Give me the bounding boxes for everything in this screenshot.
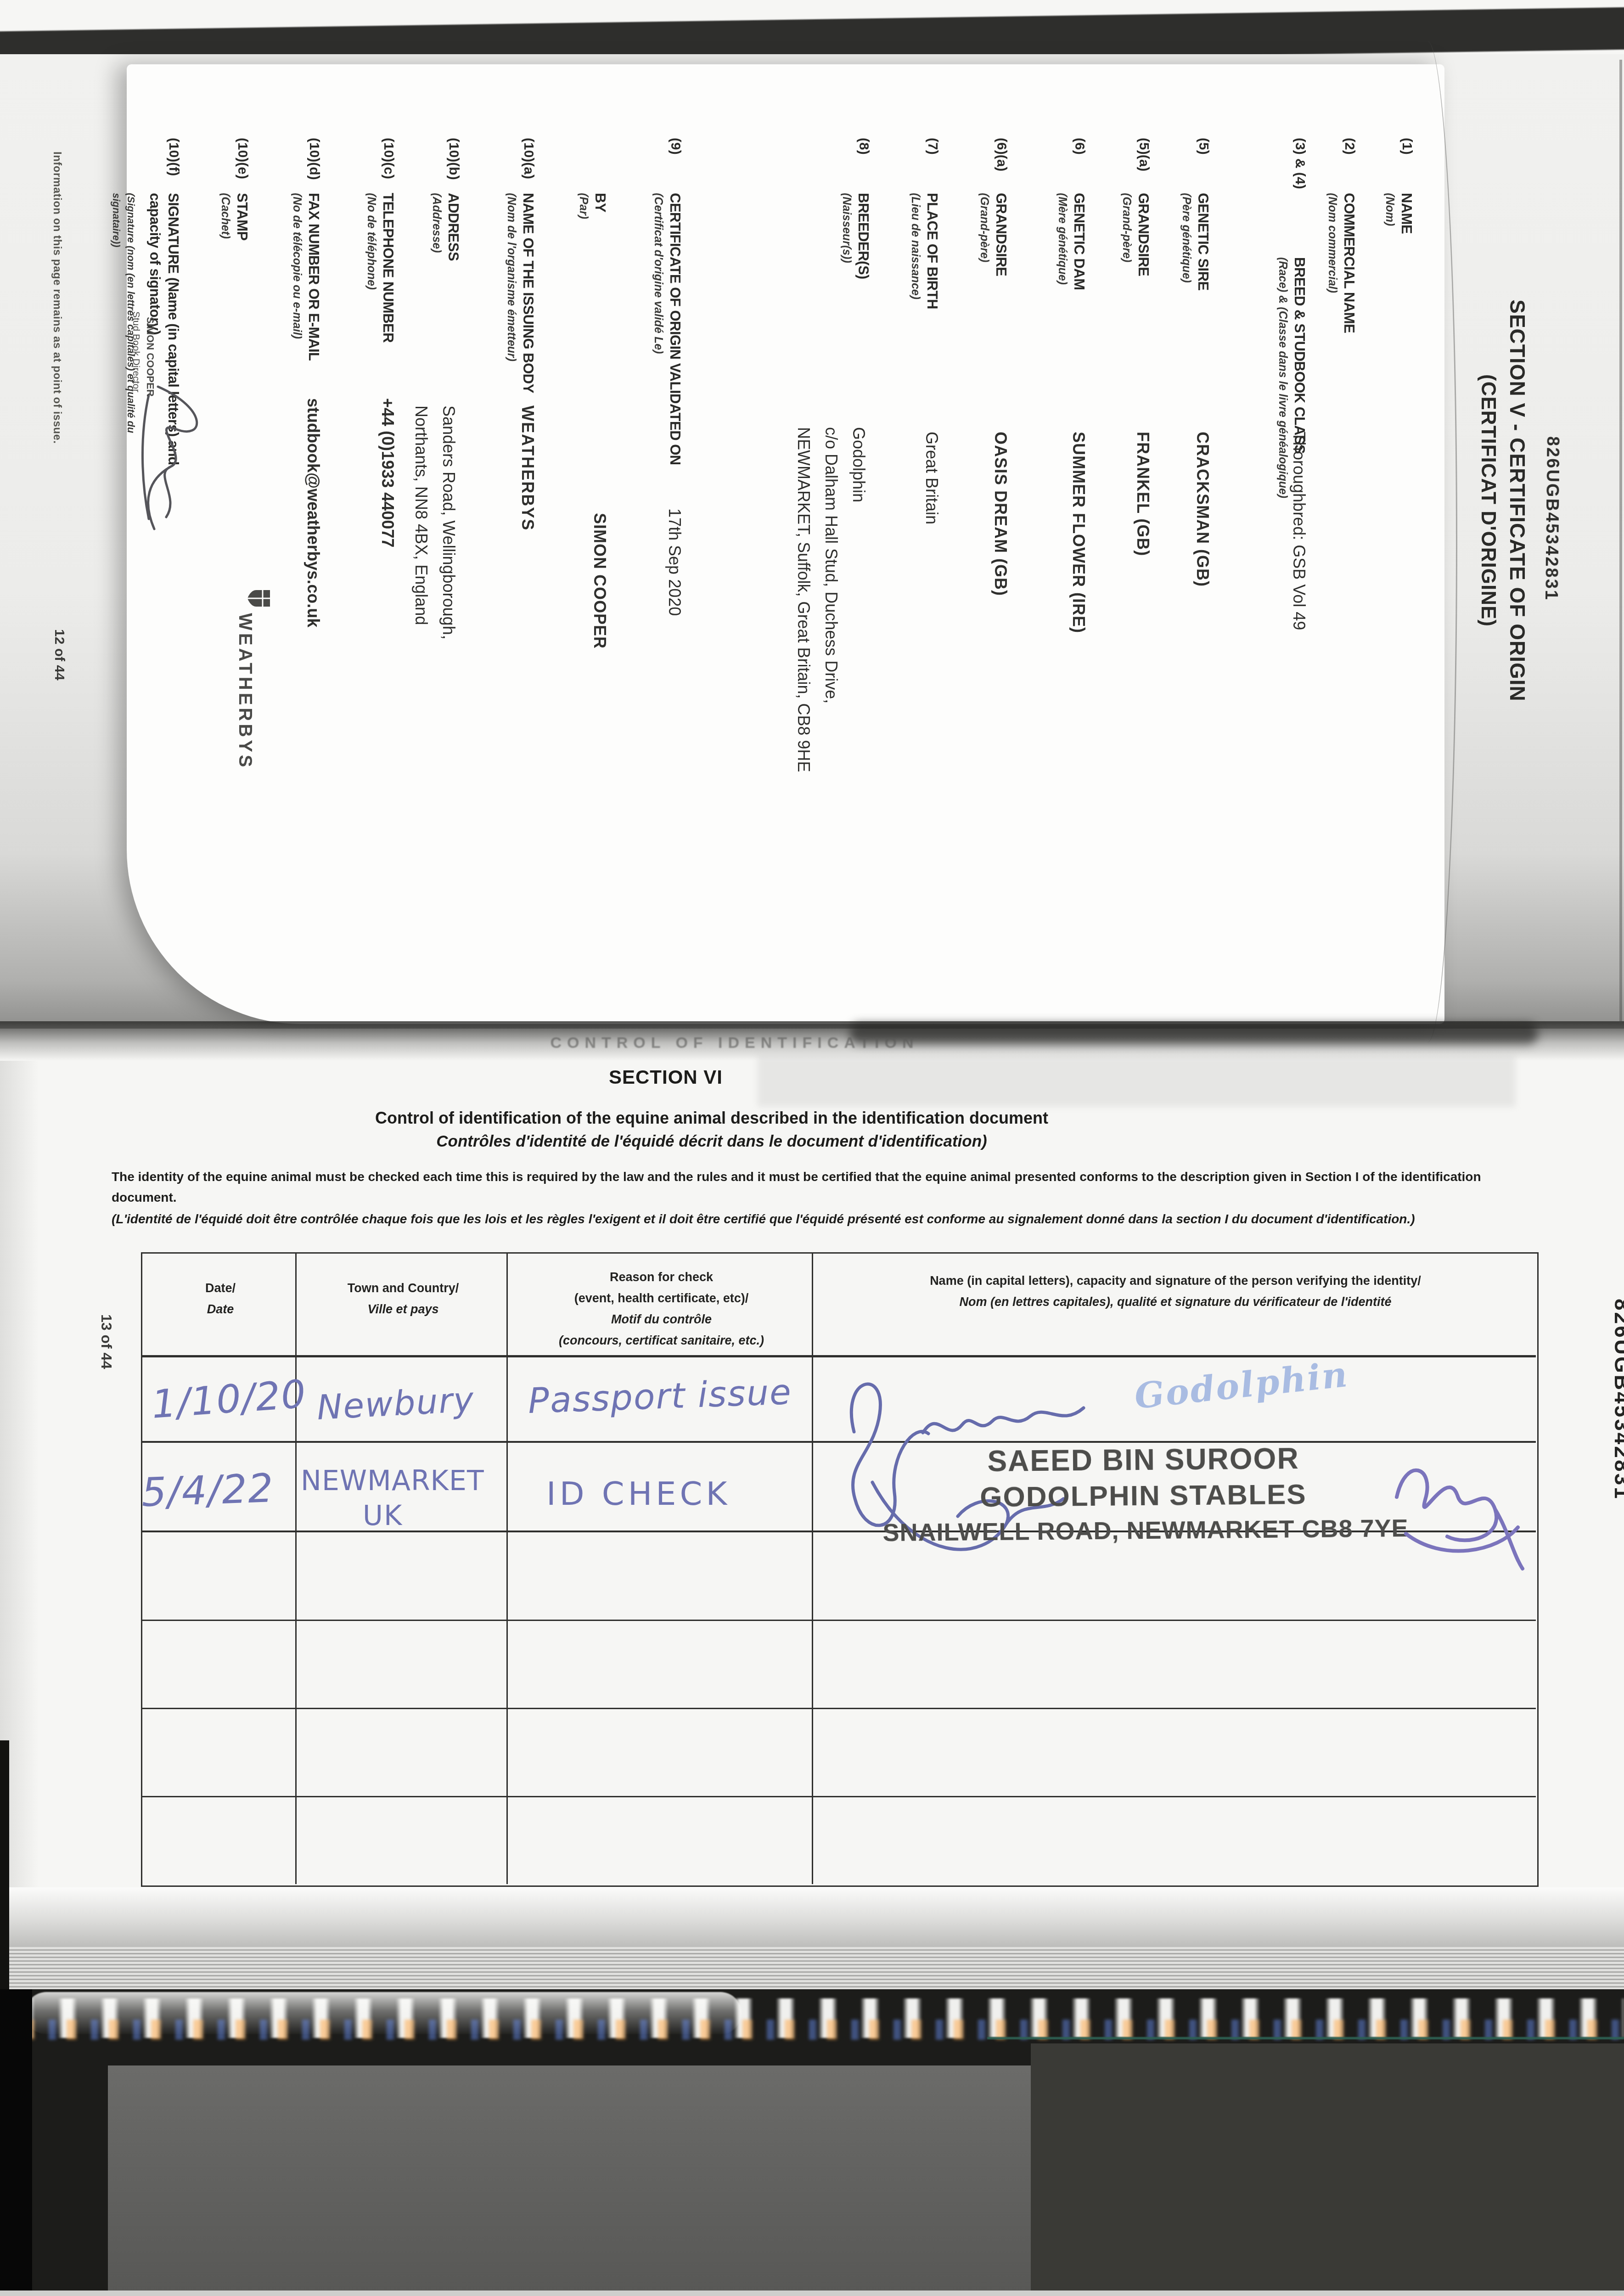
field-number: (6)(a) bbox=[994, 138, 1009, 171]
page-number-13: 13 of 44 bbox=[98, 1314, 115, 1369]
section5-subtitle: (CERTIFICAT D'ORIGINE) bbox=[1477, 257, 1500, 744]
field-label-fr: (Père génétique) bbox=[1179, 193, 1194, 569]
field-value: Thoroughbred: GSB Vol 49 bbox=[1289, 432, 1309, 630]
check-town-entry: Newbury bbox=[316, 1380, 476, 1428]
field-value: Godolphin c/o Dalham Hall Stud, Duchess … bbox=[790, 427, 872, 772]
check-reason-entry: ID CHECK bbox=[546, 1475, 731, 1513]
weatherbys-stamp-text: WEATHERBYS bbox=[235, 613, 255, 770]
weatherbys-crest-icon bbox=[244, 588, 272, 609]
column-header-town-country: Town and Country/ Ville et pays bbox=[300, 1277, 506, 1320]
scan-edge-strip bbox=[0, 1740, 9, 1991]
field-label-fr: (No de télécopie ou e-mail) bbox=[290, 193, 304, 569]
certificate-of-origin-page: 826UGB45342831 SECTION V - CERTIFICATE O… bbox=[35, 60, 1624, 1024]
field-number: (6) bbox=[1072, 138, 1087, 155]
section6-heading-fr: Contrôles d'identité de l'équidé décrit … bbox=[0, 1132, 1423, 1151]
field-number: (8) bbox=[856, 138, 871, 155]
table-row-divider bbox=[141, 1708, 1536, 1709]
edge-serial-number: 826UGB45342831 bbox=[1610, 1299, 1624, 1501]
field-value: SIMON COOPER bbox=[590, 513, 609, 649]
field-number: (7) bbox=[925, 138, 940, 155]
table-row-divider bbox=[141, 1620, 1536, 1621]
field-number: (2) bbox=[1342, 138, 1357, 155]
field-value: +44 (0)1933 440077 bbox=[378, 398, 397, 547]
header-line-fr: Date bbox=[207, 1302, 234, 1316]
section5-title: SECTION V - CERTIFICATE OF ORIGIN bbox=[1505, 257, 1530, 744]
scanline-artifact bbox=[0, 1947, 1624, 1990]
field-label-fr: (Nom de l'organisme émetteur) bbox=[504, 193, 519, 569]
section6-heading-en: Control of identification of the equine … bbox=[0, 1109, 1423, 1128]
column-header-reason: Reason for check (event, health certific… bbox=[511, 1266, 812, 1351]
field-number: (10)(d) bbox=[306, 138, 322, 180]
field-label-fr: (Grand-père) bbox=[1119, 193, 1134, 569]
field-value: CRACKSMAN (GB) bbox=[1193, 432, 1212, 587]
passport-serial-number: 826UGB45342831 bbox=[1540, 436, 1562, 675]
table-column-divider bbox=[812, 1252, 813, 1884]
field-value: 17th Sep 2020 bbox=[665, 508, 684, 616]
header-line: Reason for check bbox=[511, 1266, 812, 1288]
breeder-line: c/o Dalham Hall Stud, Duchess Drive, bbox=[817, 427, 845, 772]
column-header-verifier: Name (in capital letters), capacity and … bbox=[822, 1270, 1529, 1312]
table-row-divider bbox=[141, 1796, 1536, 1797]
coil-edge-line bbox=[987, 2037, 1624, 2039]
certificate-paper bbox=[127, 64, 1444, 1024]
header-line-fr: Motif du contrôle bbox=[611, 1312, 712, 1326]
header-line-fr: Nom (en lettres capitales), qualité et s… bbox=[959, 1295, 1391, 1309]
page-number-12: 12 of 44 bbox=[51, 629, 67, 681]
book-cover-dark bbox=[1031, 2043, 1624, 2291]
field-value: FRANKEL (GB) bbox=[1133, 432, 1152, 556]
field-label: COMMERCIAL NAME bbox=[1340, 193, 1358, 487]
check-date-entry: 5/4/22 bbox=[140, 1465, 275, 1516]
field-label-fr: (No de téléphone) bbox=[364, 193, 379, 569]
section6-paragraph-fr: (L'identité de l'équidé doit être contrô… bbox=[112, 1209, 1553, 1229]
field-number: (10)(a) bbox=[521, 138, 536, 179]
issuer-signature-icon bbox=[133, 381, 218, 537]
field-label: NAME bbox=[1397, 193, 1416, 487]
header-line: Date/ bbox=[146, 1277, 295, 1299]
table-column-divider bbox=[506, 1252, 508, 1884]
scan-bottom-edge bbox=[0, 2290, 1624, 2296]
breeder-line: NEWMARKET, Suffolk, Great Britain, CB8 9… bbox=[790, 427, 817, 772]
field-label-fr: (Par) bbox=[576, 193, 591, 569]
field-number: (9) bbox=[668, 138, 683, 155]
field-number: (1) bbox=[1399, 138, 1415, 155]
header-line: Town and Country/ bbox=[300, 1277, 506, 1299]
header-line-fr: Ville et pays bbox=[367, 1302, 438, 1316]
header-line: Name (in capital letters), capacity and … bbox=[822, 1270, 1529, 1291]
page-edge-line bbox=[1619, 60, 1622, 1024]
section6-title: SECTION VI bbox=[0, 1066, 1332, 1088]
table-column-divider bbox=[295, 1252, 297, 1884]
field-label-fr: (Mère génétique) bbox=[1055, 193, 1070, 569]
field-value: studbook@weatherbys.co.uk bbox=[303, 398, 323, 627]
field-label-fr: (Nom) bbox=[1382, 193, 1397, 569]
field-label-fr: (Lieu de naissance) bbox=[908, 193, 923, 569]
field-label-fr: (Grand-père) bbox=[977, 193, 992, 569]
field-value: Sanders Road, Wellingborough, Northants,… bbox=[407, 405, 462, 640]
field-number: (5) bbox=[1196, 138, 1211, 155]
field-value: SUMMER FLOWER (IRE) bbox=[1069, 432, 1088, 633]
signatory-name: SIMON COOPER bbox=[144, 317, 156, 397]
section6-paragraph-en: The identity of the equine animal must b… bbox=[112, 1166, 1526, 1208]
field-number: (10)(b) bbox=[446, 138, 461, 180]
field-label-fr: (Nom commercial) bbox=[1325, 193, 1340, 569]
field-label: STAMP bbox=[233, 193, 251, 487]
field-label: BY bbox=[591, 193, 609, 487]
signatory-capacity: Stud Book Director bbox=[130, 311, 141, 392]
column-header-date: Date/ Date bbox=[146, 1277, 295, 1320]
breeder-line: Godolphin bbox=[845, 427, 872, 772]
header-line: (event, health certificate, etc)/ bbox=[511, 1288, 812, 1309]
field-number: (3) & (4) bbox=[1292, 138, 1308, 189]
field-value: WEATHERBYS bbox=[518, 405, 537, 531]
stables-stamp-line: SNAILWELL ROAD, NEWMARKET CB8 7YE bbox=[824, 1514, 1467, 1548]
field-number: (10)(c) bbox=[381, 138, 396, 179]
field-number: (10)(f) bbox=[166, 138, 181, 176]
page-bottom-shading bbox=[0, 1887, 1624, 1948]
scanned-passport-page: 826UGB45342831 SECTION V - CERTIFICATE O… bbox=[0, 0, 1624, 2296]
book-cover-panel bbox=[108, 2065, 1031, 2291]
header-line-fr: (concours, certificat sanitaire, etc.) bbox=[559, 1334, 764, 1347]
field-value: Great Britain bbox=[922, 432, 941, 524]
stables-stamp-line: SAEED BIN SUROOR bbox=[891, 1441, 1396, 1479]
check-town-entry: NEWMARKET bbox=[301, 1465, 484, 1497]
check-town-entry: UK bbox=[363, 1500, 403, 1532]
address-line: Sanders Road, Wellingborough, bbox=[435, 405, 462, 640]
field-label-fr: (Cachet) bbox=[218, 193, 233, 569]
field-number: (10)(e) bbox=[235, 138, 250, 179]
embossed-control-header: CONTROL OF IDENTIFICATION bbox=[413, 1034, 1056, 1052]
field-label-fr: (Certificat d'origine validé Le) bbox=[651, 193, 666, 569]
photo-left-edge bbox=[0, 1989, 32, 2296]
margin-note: Information on this page remains as at p… bbox=[51, 152, 63, 444]
field-value: OASIS DREAM (GB) bbox=[991, 432, 1010, 596]
field-number: (5)(a) bbox=[1136, 138, 1152, 171]
address-line: Northants, NN8 4BX, England bbox=[407, 405, 435, 640]
field-label-fr: (Race) & (Classe dans le livre généalogi… bbox=[1276, 257, 1290, 634]
verifier-signature-icon bbox=[1377, 1437, 1534, 1577]
stables-stamp-line: GODOLPHIN STABLES bbox=[891, 1477, 1396, 1514]
